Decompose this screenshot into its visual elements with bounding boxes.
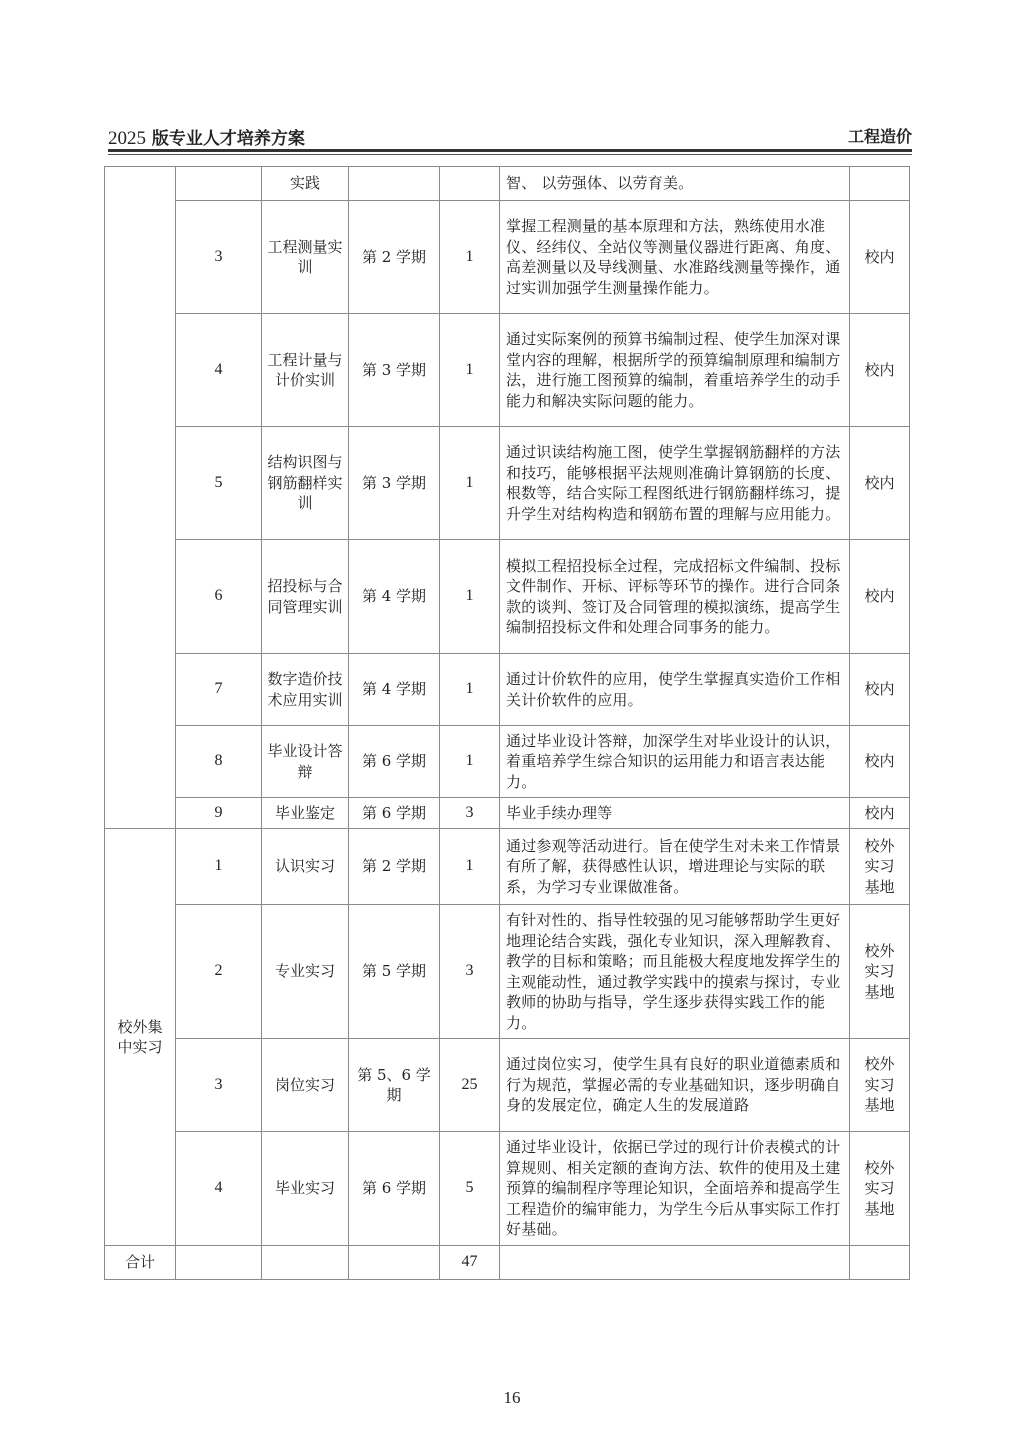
location: 校内: [850, 427, 910, 540]
row-number: 4: [176, 1132, 262, 1246]
course-name: 岗位实习: [262, 1039, 349, 1132]
total-row: 合计 47: [105, 1246, 910, 1280]
table-row: 4 毕业实习 第 6 学期 5 通过毕业设计，依据已学过的现行计价表模式的计算规…: [105, 1132, 910, 1246]
semester: [349, 167, 440, 201]
location: 校内: [850, 540, 910, 654]
semester: 第 2 学期: [349, 829, 440, 905]
location: 校外实习基地: [850, 1132, 910, 1246]
semester: 第 5、6 学期: [349, 1039, 440, 1132]
page-header: 2025 版专业人才培养方案 工程造价: [108, 124, 912, 148]
description: 智、 以劳强体、以劳育美。: [500, 167, 850, 201]
page-number: 16: [0, 1388, 1024, 1408]
credits: 1: [440, 314, 500, 427]
course-name: 专业实习: [262, 905, 349, 1039]
row-number: 1: [176, 829, 262, 905]
category-cell: 校外集中实习: [105, 829, 176, 1246]
description: 通过识读结构施工图，使学生掌握钢筋翻样的方法和技巧，能够根据平法规则准确计算钢筋…: [500, 427, 850, 540]
course-name: 工程测量实训: [262, 201, 349, 314]
row-number: 3: [176, 1039, 262, 1132]
total-credits: 47: [440, 1246, 500, 1280]
row-number: 7: [176, 654, 262, 726]
description: 通过参观等活动进行。旨在使学生对未来工作情景有所了解，获得感性认识，增进理论与实…: [500, 829, 850, 905]
credits: 1: [440, 726, 500, 798]
credits: 1: [440, 201, 500, 314]
table-row: 3 岗位实习 第 5、6 学期 25 通过岗位实习，使学生具有良好的职业道德素质…: [105, 1039, 910, 1132]
empty-cell: [176, 1246, 262, 1280]
description: 通过岗位实习，使学生具有良好的职业道德素质和行为规范，掌握必需的专业基础知识，逐…: [500, 1039, 850, 1132]
table-row: 校外集中实习 1 认识实习 第 2 学期 1 通过参观等活动进行。旨在使学生对未…: [105, 829, 910, 905]
credits: 5: [440, 1132, 500, 1246]
row-number: 3: [176, 201, 262, 314]
table-row: 3 工程测量实训 第 2 学期 1 掌握工程测量的基本原理和方法，熟练使用水准仪…: [105, 201, 910, 314]
course-name: 招投标与合同管理实训: [262, 540, 349, 654]
location: 校外实习基地: [850, 1039, 910, 1132]
semester: 第 4 学期: [349, 540, 440, 654]
semester: 第 3 学期: [349, 427, 440, 540]
empty-cell: [850, 1246, 910, 1280]
course-name: 数字造价技术应用实训: [262, 654, 349, 726]
table-row-continued: 实践 智、 以劳强体、以劳育美。: [105, 167, 910, 201]
description: 通过实际案例的预算书编制过程、使学生加深对课堂内容的理解，根据所学的预算编制原理…: [500, 314, 850, 427]
course-name: 毕业鉴定: [262, 798, 349, 829]
location: 校外实习基地: [850, 829, 910, 905]
document-title: 2025 版专业人才培养方案: [108, 124, 305, 150]
empty-cell: [500, 1246, 850, 1280]
table-row: 5 结构识图与钢筋翻样实训 第 3 学期 1 通过识读结构施工图，使学生掌握钢筋…: [105, 427, 910, 540]
description: 掌握工程测量的基本原理和方法，熟练使用水准仪、经纬仪、全站仪等测量仪器进行距离、…: [500, 201, 850, 314]
credits: 1: [440, 540, 500, 654]
header-rule-thick: [108, 149, 912, 152]
document-title-text: 版专业人才培养方案: [152, 129, 305, 149]
semester: 第 6 学期: [349, 798, 440, 829]
description: 有针对性的、指导性较强的见习能够帮助学生更好地理论结合实践，强化专业知识，深入理…: [500, 905, 850, 1039]
table-row: 8 毕业设计答辩 第 6 学期 1 通过毕业设计答辩，加深学生对毕业设计的认识，…: [105, 726, 910, 798]
table-row: 6 招投标与合同管理实训 第 4 学期 1 模拟工程招投标全过程，完成招标文件编…: [105, 540, 910, 654]
semester: 第 6 学期: [349, 1132, 440, 1246]
credits: [440, 167, 500, 201]
header-rule-thin: [108, 154, 912, 155]
row-number: 8: [176, 726, 262, 798]
location: [850, 167, 910, 201]
table-row: 9 毕业鉴定 第 6 学期 3 毕业手续办理等 校内: [105, 798, 910, 829]
semester: 第 2 学期: [349, 201, 440, 314]
empty-cell: [262, 1246, 349, 1280]
practice-courses-table: 实践 智、 以劳强体、以劳育美。 3 工程测量实训 第 2 学期 1 掌握工程测…: [104, 166, 910, 1280]
row-number: 5: [176, 427, 262, 540]
document-year: 2025: [108, 128, 146, 149]
row-number: 4: [176, 314, 262, 427]
row-number: [176, 167, 262, 201]
semester: 第 4 学期: [349, 654, 440, 726]
row-number: 2: [176, 905, 262, 1039]
credits: 1: [440, 427, 500, 540]
description: 通过毕业设计，依据已学过的现行计价表模式的计算规则、相关定额的查询方法、软件的使…: [500, 1132, 850, 1246]
row-number: 6: [176, 540, 262, 654]
credits: 3: [440, 798, 500, 829]
category-cell: [105, 167, 176, 829]
semester: 第 6 学期: [349, 726, 440, 798]
description: 模拟工程招投标全过程，完成招标文件编制、投标文件制作、开标、评标等环节的操作。进…: [500, 540, 850, 654]
table-row: 7 数字造价技术应用实训 第 4 学期 1 通过计价软件的应用，使学生掌握真实造…: [105, 654, 910, 726]
course-name: 毕业设计答辩: [262, 726, 349, 798]
location: 校内: [850, 314, 910, 427]
course-name: 结构识图与钢筋翻样实训: [262, 427, 349, 540]
table-row: 2 专业实习 第 5 学期 3 有针对性的、指导性较强的见习能够帮助学生更好地理…: [105, 905, 910, 1039]
major-name: 工程造价: [848, 124, 912, 147]
description: 毕业手续办理等: [500, 798, 850, 829]
credits: 25: [440, 1039, 500, 1132]
semester: 第 5 学期: [349, 905, 440, 1039]
credits: 1: [440, 654, 500, 726]
row-number: 9: [176, 798, 262, 829]
location: 校外实习基地: [850, 905, 910, 1039]
location: 校内: [850, 726, 910, 798]
table-row: 4 工程计量与计价实训 第 3 学期 1 通过实际案例的预算书编制过程、使学生加…: [105, 314, 910, 427]
location: 校内: [850, 654, 910, 726]
credits: 1: [440, 829, 500, 905]
semester: 第 3 学期: [349, 314, 440, 427]
description: 通过计价软件的应用，使学生掌握真实造价工作相关计价软件的应用。: [500, 654, 850, 726]
course-name: 毕业实习: [262, 1132, 349, 1246]
course-name: 工程计量与计价实训: [262, 314, 349, 427]
credits: 3: [440, 905, 500, 1039]
location: 校内: [850, 798, 910, 829]
total-label: 合计: [105, 1246, 176, 1280]
location: 校内: [850, 201, 910, 314]
empty-cell: [349, 1246, 440, 1280]
course-name: 认识实习: [262, 829, 349, 905]
course-name: 实践: [262, 167, 349, 201]
description: 通过毕业设计答辩，加深学生对毕业设计的认识，着重培养学生综合知识的运用能力和语言…: [500, 726, 850, 798]
